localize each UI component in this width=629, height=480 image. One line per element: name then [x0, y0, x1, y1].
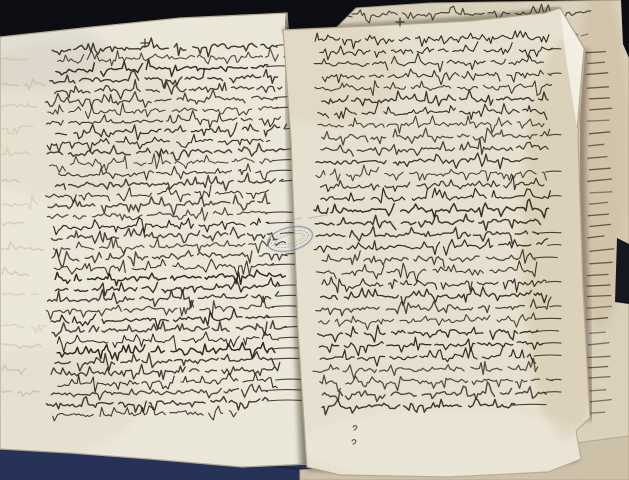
- manuscript-photo: [0, 0, 629, 480]
- photo-grain: [0, 0, 629, 480]
